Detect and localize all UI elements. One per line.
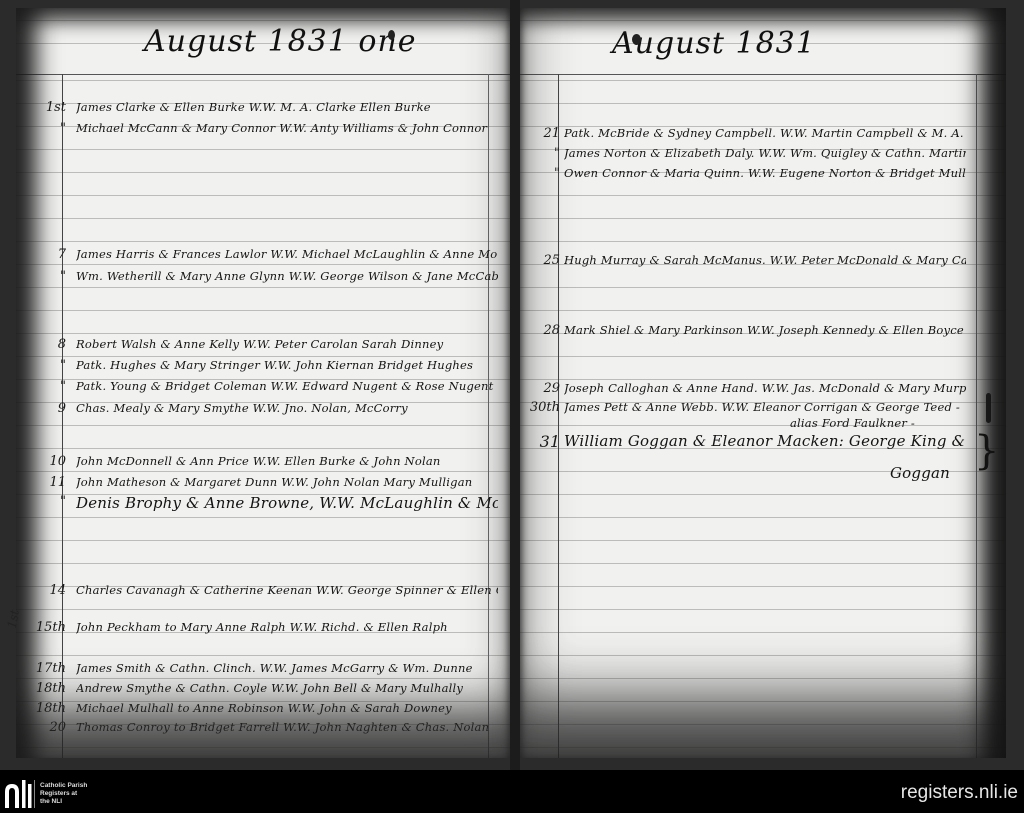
ink-mark	[986, 393, 991, 423]
register-entry: " Patk. Hughes & Mary Stringer W.W. John…	[16, 358, 510, 378]
register-entry: " Owen Connor & Maria Quinn. W.W. Eugene…	[520, 166, 1006, 186]
entry-text: John McDonnell & Ann Price W.W. Ellen Bu…	[76, 454, 498, 468]
nli-logo-icon	[4, 780, 32, 808]
entry-text: Hugh Murray & Sarah McManus. W.W. Peter …	[564, 253, 966, 267]
entry-date: 25	[520, 253, 560, 268]
logo-caption-line: Registers at	[40, 790, 87, 798]
entry-text: Mark Shiel & Mary Parkinson W.W. Joseph …	[564, 323, 966, 337]
register-entry: 10 John McDonnell & Ann Price W.W. Ellen…	[16, 454, 510, 474]
entry-text: Michael Mulhall to Anne Robinson W.W. Jo…	[76, 701, 498, 715]
entry-date: 18th	[26, 701, 66, 716]
entry-text: Thomas Conroy to Bridget Farrell W.W. Jo…	[76, 720, 498, 734]
entry-text: William Goggan & Eleanor Macken: George …	[564, 432, 966, 450]
register-entry: 1st James Clarke & Ellen Burke W.W. M. A…	[16, 100, 510, 120]
header-rule	[16, 74, 510, 75]
register-entry: 21 Patk. McBride & Sydney Campbell. W.W.…	[520, 126, 1006, 146]
entry-date: 30th	[520, 400, 560, 415]
entry-date: 20	[26, 720, 66, 735]
entry-text: John Peckham to Mary Anne Ralph W.W. Ric…	[76, 620, 498, 634]
entry-text: Owen Connor & Maria Quinn. W.W. Eugene N…	[564, 166, 966, 180]
entry-date: "	[26, 379, 66, 394]
entry-text: Patk. Young & Bridget Coleman W.W. Edwar…	[76, 379, 498, 393]
entry-text: alias Ford Faulkner -	[790, 416, 966, 430]
register-entry: Goggan	[520, 464, 1006, 488]
entry-text: James Harris & Frances Lawlor W.W. Micha…	[76, 247, 498, 261]
entry-text: Andrew Smythe & Cathn. Coyle W.W. John B…	[76, 681, 498, 695]
header-rule	[520, 74, 1006, 75]
book-spine	[510, 0, 520, 770]
logo-caption-line: Catholic Parish	[40, 782, 87, 790]
entry-text: Robert Walsh & Anne Kelly W.W. Peter Car…	[76, 337, 498, 351]
entry-date: 21	[520, 126, 560, 141]
logo-divider	[34, 780, 35, 808]
scan-viewer: August 1831 one 1st James Clarke & Ellen…	[0, 0, 1024, 770]
entry-text: Patk. Hughes & Mary Stringer W.W. John K…	[76, 358, 498, 372]
page-title: August 1831	[612, 26, 816, 61]
entry-text: Michael McCann & Mary Connor W.W. Anty W…	[76, 121, 498, 135]
entry-date: "	[26, 121, 66, 136]
entry-date: 17th	[26, 661, 66, 676]
entry-text: Patk. McBride & Sydney Campbell. W.W. Ma…	[564, 126, 966, 140]
right-page: August 1831 21 Patk. McBride & Sydney Ca…	[520, 8, 1006, 758]
logo-caption-line: the NLI	[40, 798, 87, 806]
entry-text: James Smith & Cathn. Clinch. W.W. James …	[76, 661, 498, 675]
register-entry: 14 Charles Cavanagh & Catherine Keenan W…	[16, 583, 510, 603]
register-entry: 20 Thomas Conroy to Bridget Farrell W.W.…	[16, 720, 510, 740]
entry-date: 9	[26, 401, 66, 416]
entry-date: "	[520, 146, 560, 161]
entry-text: John Matheson & Margaret Dunn W.W. John …	[76, 475, 498, 489]
entry-date: 10	[26, 454, 66, 469]
register-entry: 8 Robert Walsh & Anne Kelly W.W. Peter C…	[16, 337, 510, 357]
entry-date: 1st	[26, 100, 66, 115]
page-title: August 1831 one	[144, 24, 417, 59]
entry-date: 7	[26, 247, 66, 262]
register-entry: 11 John Matheson & Margaret Dunn W.W. Jo…	[16, 475, 510, 495]
ink-blot	[632, 34, 641, 45]
register-entry: 31 William Goggan & Eleanor Macken: Geor…	[520, 432, 1006, 456]
entry-date: 29	[520, 381, 560, 396]
entry-date: "	[26, 494, 66, 509]
register-entry: 18th Michael Mulhall to Anne Robinson W.…	[16, 701, 510, 721]
footer-bar: Catholic Parish Registers at the NLI reg…	[0, 770, 1024, 813]
register-entry: 15th John Peckham to Mary Anne Ralph W.W…	[16, 620, 510, 640]
ink-blot	[388, 30, 395, 40]
entry-date: 8	[26, 337, 66, 352]
left-page: August 1831 one 1st James Clarke & Ellen…	[16, 8, 510, 758]
entry-text: Goggan	[890, 464, 966, 482]
entry-date: 15th	[26, 620, 66, 635]
entry-text: James Pett & Anne Webb. W.W. Eleanor Cor…	[564, 400, 966, 414]
entry-text: Denis Brophy & Anne Browne, W.W. McLaugh…	[76, 494, 498, 512]
entry-text: Joseph Calloghan & Anne Hand. W.W. Jas. …	[564, 381, 966, 395]
register-entry: " Wm. Wetherill & Mary Anne Glynn W.W. G…	[16, 269, 510, 289]
nli-logo[interactable]	[4, 778, 32, 808]
entry-date: 18th	[26, 681, 66, 696]
register-entry: 7 James Harris & Frances Lawlor W.W. Mic…	[16, 247, 510, 267]
logo-caption: Catholic Parish Registers at the NLI	[40, 782, 87, 806]
register-entry: " Michael McCann & Mary Connor W.W. Anty…	[16, 121, 510, 141]
entry-date: 11	[26, 475, 66, 490]
entry-date: 14	[26, 583, 66, 598]
register-entry: 18th Andrew Smythe & Cathn. Coyle W.W. J…	[16, 681, 510, 701]
site-link[interactable]: registers.nli.ie	[901, 782, 1018, 804]
brace-mark: }	[974, 428, 999, 474]
entry-date: "	[26, 269, 66, 284]
entry-text: James Clarke & Ellen Burke W.W. M. A. Cl…	[76, 100, 498, 114]
register-entry: " Denis Brophy & Anne Browne, W.W. McLau…	[16, 494, 510, 514]
register-entry: " James Norton & Elizabeth Daly. W.W. Wm…	[520, 146, 1006, 166]
entry-text: Wm. Wetherill & Mary Anne Glynn W.W. Geo…	[76, 269, 498, 283]
entry-text: Charles Cavanagh & Catherine Keenan W.W.…	[76, 583, 498, 597]
register-entry: 29 Joseph Calloghan & Anne Hand. W.W. Ja…	[520, 381, 1006, 401]
register-entry: " Patk. Young & Bridget Coleman W.W. Edw…	[16, 379, 510, 399]
entry-date: "	[520, 166, 560, 181]
register-entry: 28 Mark Shiel & Mary Parkinson W.W. Jose…	[520, 323, 1006, 343]
entry-text: James Norton & Elizabeth Daly. W.W. Wm. …	[564, 146, 966, 160]
entry-text: Chas. Mealy & Mary Smythe W.W. Jno. Nola…	[76, 401, 498, 415]
register-entry: 17th James Smith & Cathn. Clinch. W.W. J…	[16, 661, 510, 681]
register-entry: 25 Hugh Murray & Sarah McManus. W.W. Pet…	[520, 253, 1006, 273]
entry-date: "	[26, 358, 66, 373]
entry-date: 31	[520, 432, 560, 451]
entry-date: 28	[520, 323, 560, 338]
register-entry: 9 Chas. Mealy & Mary Smythe W.W. Jno. No…	[16, 401, 510, 421]
